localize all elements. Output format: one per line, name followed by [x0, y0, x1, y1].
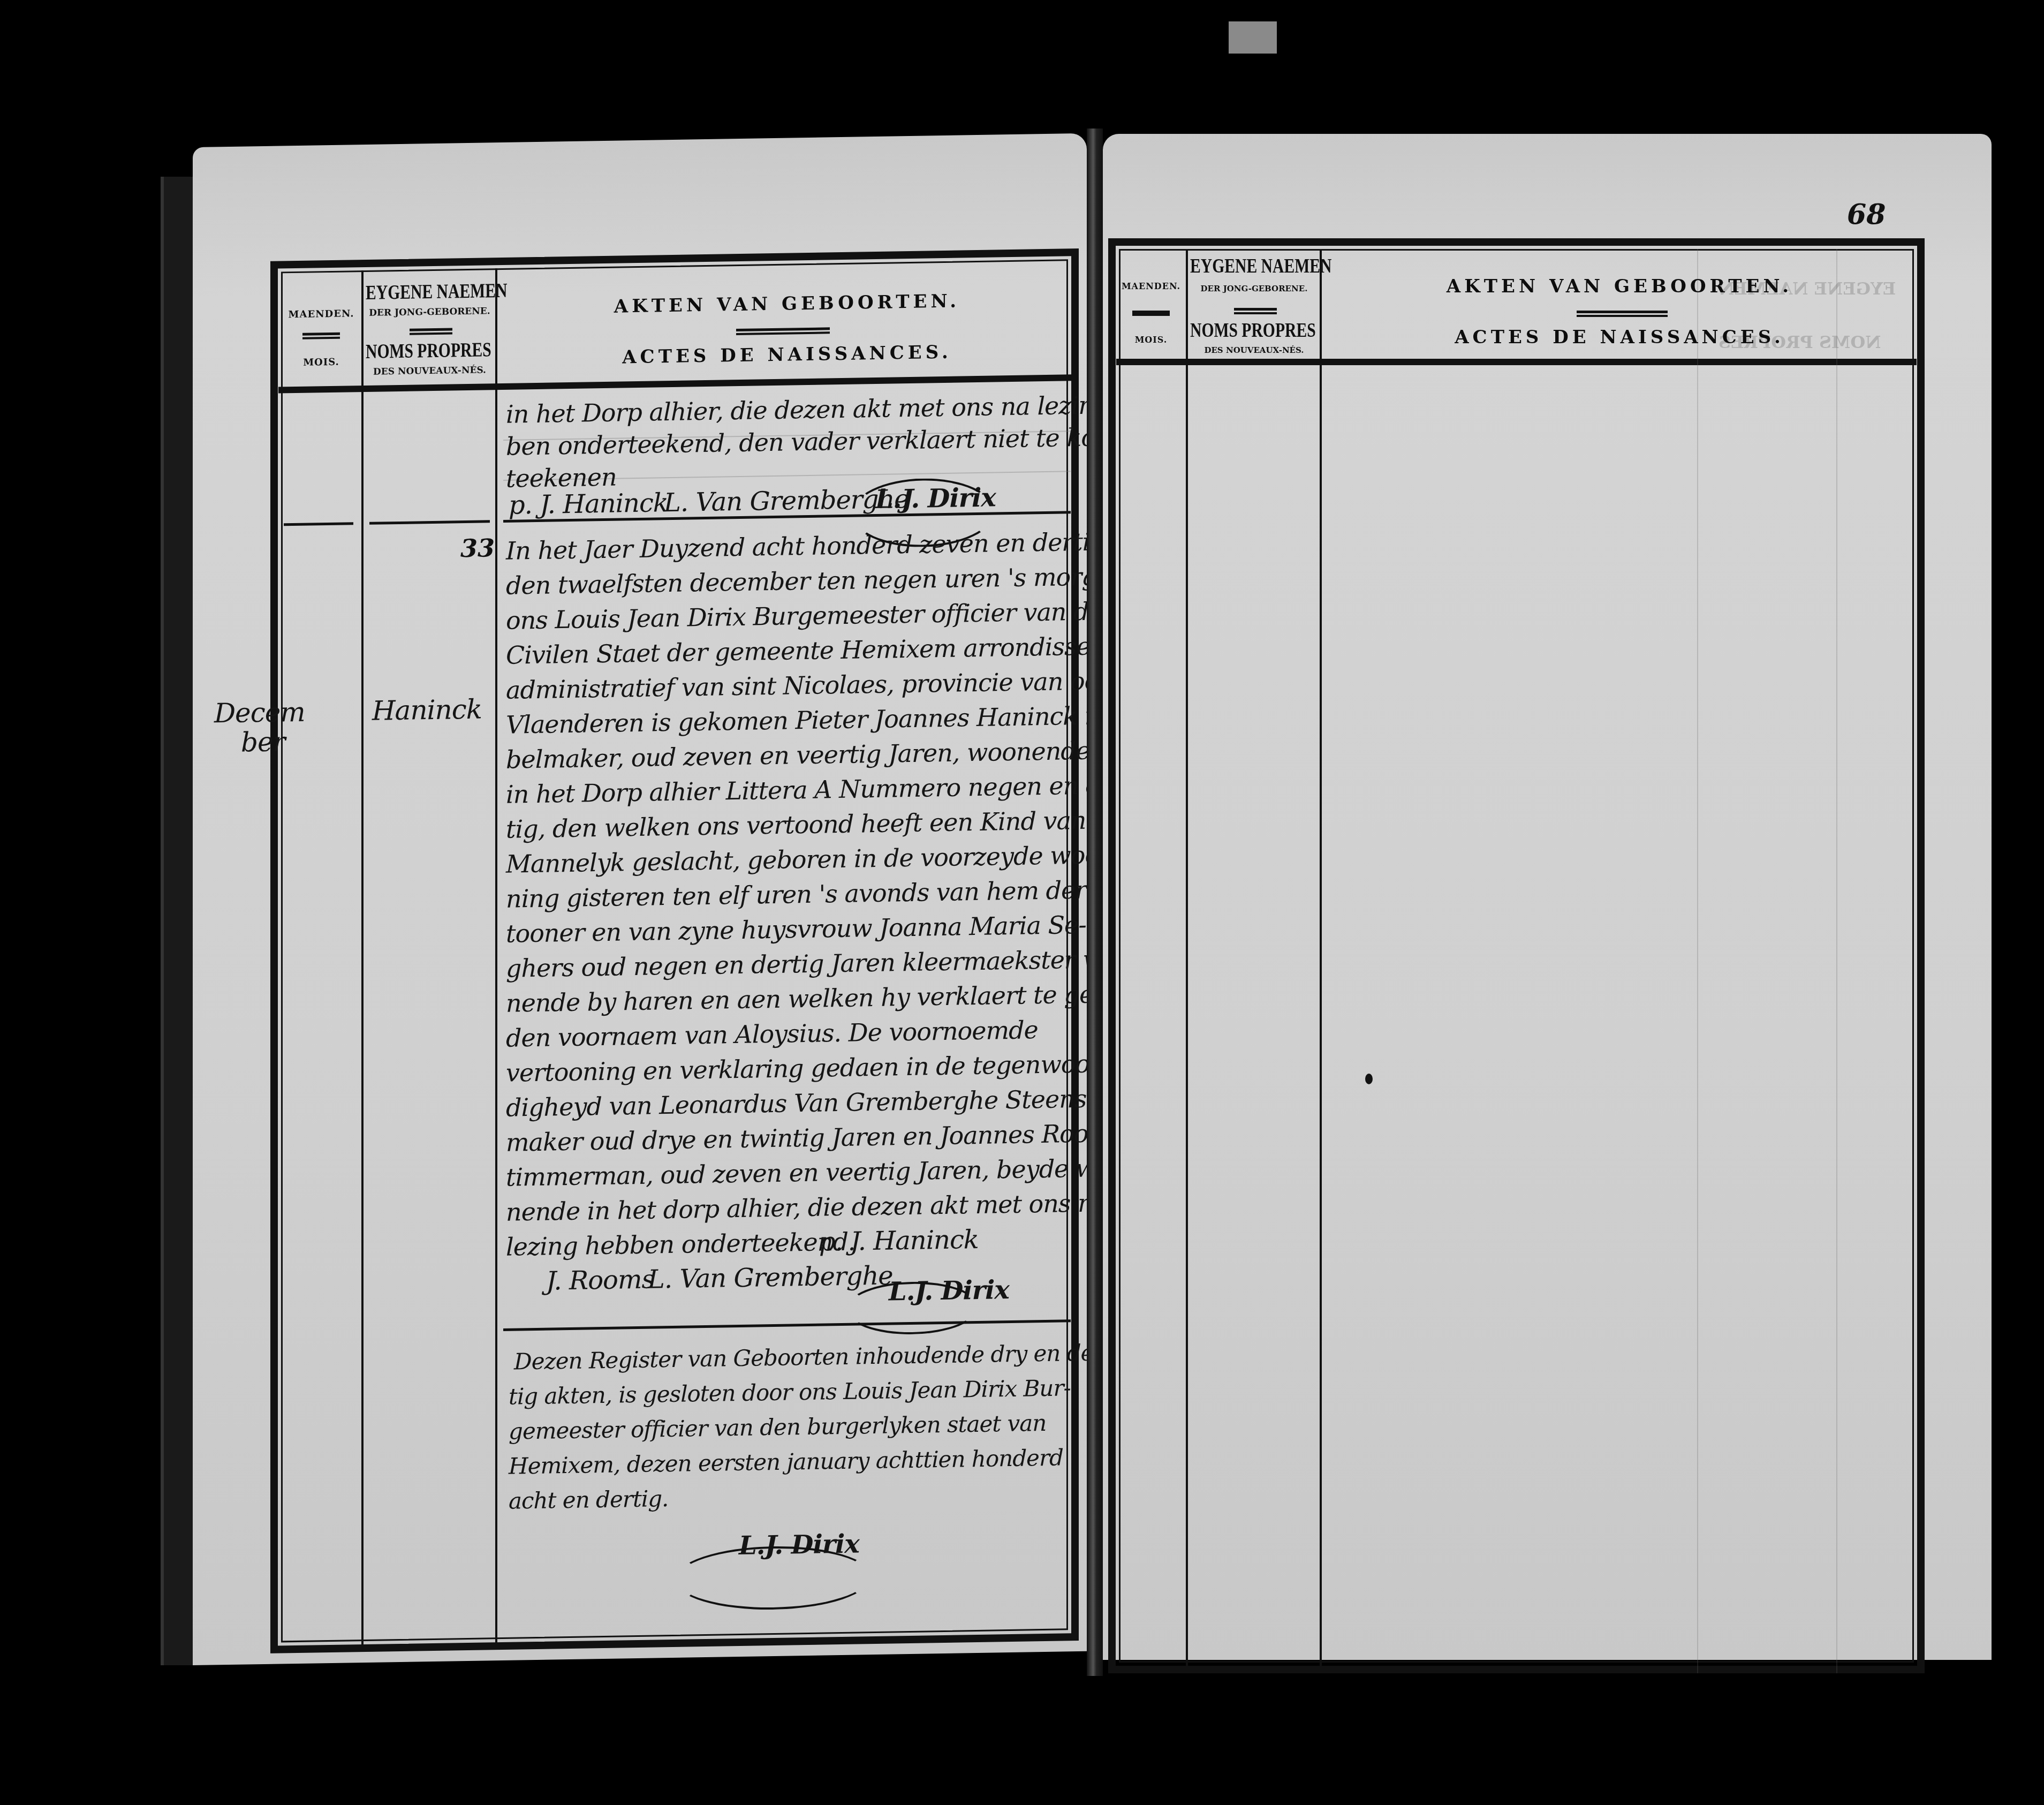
header-names-fr: NOMS PROPRES [1190, 319, 1315, 342]
left-page: MAENDEN. MOIS. EYGENE NAEMEN DER JONG-GE… [193, 133, 1087, 1665]
register-table-right [1108, 238, 1925, 1673]
header-names-fr-sub: DES NOUVEAUX-NÉS. [364, 365, 495, 377]
header-names-fr-sub: DES NOUVEAUX-NÉS. [1188, 345, 1320, 355]
header-title-fr: ACTES DE NAISSANCES. [1322, 327, 1917, 348]
signature-witness: L. Van Gremberghe [648, 1255, 893, 1300]
header-names-fr: NOMS PROPRES [366, 338, 491, 364]
book-edge [161, 177, 196, 1665]
header-rule [1116, 359, 1917, 365]
header-month-fr: MOIS. [1116, 335, 1186, 345]
film-marker [1229, 21, 1277, 54]
ink-spot [1365, 1074, 1373, 1084]
header-names-nl-sub: DER JONG-GEBORENE. [1188, 284, 1320, 293]
header-names-divider [1234, 308, 1277, 314]
book-gutter [1087, 129, 1103, 1676]
header-month-divider [1132, 311, 1170, 316]
page-number: 68 [1847, 198, 1886, 231]
header-names-nl: EYGENE NAEMEN [1190, 254, 1315, 278]
signature-witness: J. Rooms [546, 1259, 654, 1301]
entry-number: 33 [460, 533, 495, 563]
header-names-nl-sub: DER JONG-GEBORENE. [364, 306, 495, 319]
header-names-nl: EYGENE NAEMEN [366, 279, 491, 305]
col-divider [1320, 249, 1322, 1673]
col-divider [1186, 249, 1188, 1673]
col-divider [361, 270, 364, 1652]
header-month-divider [302, 333, 340, 339]
closing-line: acht en dertig. [509, 1478, 668, 1522]
header-names-divider [410, 328, 452, 335]
entry-month: ber [241, 721, 285, 762]
header-month-fr: MOIS. [281, 356, 361, 368]
right-page: 68 EYGENE NAEMEN NOMS PROPRES MAENDEN. M… [1103, 134, 1992, 1660]
header-month-nl: MAENDEN. [1116, 281, 1186, 291]
header-title-nl: AKTEN VAN GEBOORTEN. [1322, 276, 1917, 297]
header-title-divider [1577, 311, 1668, 317]
col-divider [495, 268, 497, 1650]
entry-surname: Haninck [372, 689, 482, 731]
header-month-nl: MAENDEN. [281, 308, 361, 320]
